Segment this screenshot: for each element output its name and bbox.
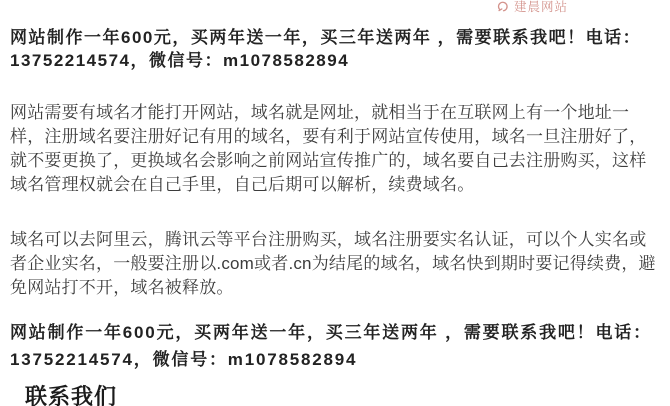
paragraph-domain-intro: 网站需要有域名才能打开网站，域名就是网址，就相当于在互联网上有一个地址一样，注册… [10, 101, 658, 197]
promo-paragraph-top: 网站制作一年600元，买两年送一年，买三年送两年 ，需要联系我吧！电话：1375… [10, 26, 658, 72]
brand-watermark: 建晨网站 [497, 0, 568, 15]
promo-paragraph-bottom: 网站制作一年600元，买两年送一年，买三年送两年 ，需要联系我吧！电话：1375… [10, 319, 658, 373]
article-body: 网站制作一年600元，买两年送一年，买三年送两年 ，需要联系我吧！电话：1375… [0, 26, 670, 406]
paragraph-domain-register: 域名可以去阿里云，腾讯云等平台注册购买，域名注册要实名认证，可以个人实名或者企业… [10, 228, 658, 300]
contact-us-heading: 联系我们 [25, 384, 658, 406]
bird-circle-logo-icon [497, 0, 510, 13]
brand-watermark-text: 建晨网站 [514, 0, 568, 15]
